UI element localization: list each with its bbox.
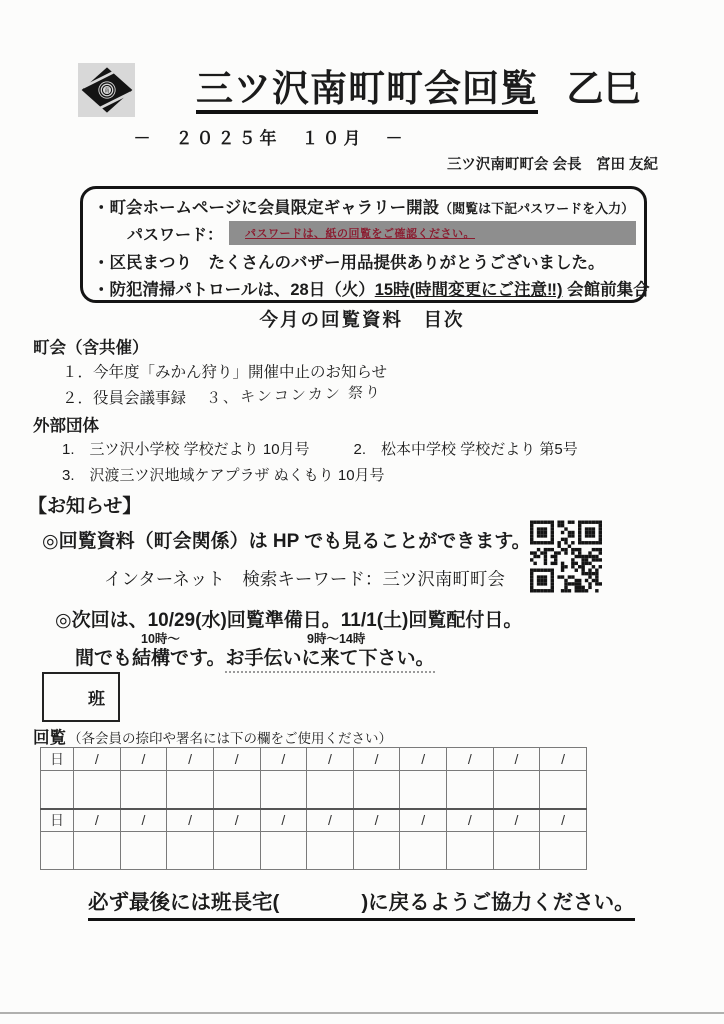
day-header-cell: 日 xyxy=(41,809,74,832)
slash-cell: / xyxy=(540,748,587,771)
signature-cell xyxy=(353,771,400,809)
signature-cell xyxy=(307,771,354,809)
password-label: パスワード： xyxy=(127,222,223,245)
slash-cell: / xyxy=(400,748,447,771)
signature-cell xyxy=(167,771,214,809)
hp-announcement-line: ◎回覧資料（町会関係）は HP でも見ることができます。 xyxy=(42,526,531,553)
toc-group2-title: 外部団体 xyxy=(33,412,99,436)
slash-cell: / xyxy=(260,748,307,771)
slash-cell: / xyxy=(74,809,121,832)
day-header-cell: 日 xyxy=(41,748,74,771)
signature-cell xyxy=(307,832,354,870)
signature-cell xyxy=(400,832,447,870)
qr-code-pattern xyxy=(530,520,602,593)
slash-cell: / xyxy=(260,809,307,832)
issue-date: － ２０２５年 １０月 － xyxy=(0,124,540,149)
qr-code xyxy=(530,520,602,593)
toc-item-mikan: １．今年度「みかん狩り」開催中止のお知らせ xyxy=(62,360,387,382)
password-row: パスワード： パスワードは、紙の回覧をご確認ください。 xyxy=(127,221,636,245)
notice-gallery-line: ・町会ホームページに会員限定ギャラリー開設（閲覧は下記パスワードを入力） xyxy=(93,194,636,218)
signature-cell xyxy=(213,832,260,870)
slash-cell: / xyxy=(447,748,494,771)
slash-cell: / xyxy=(167,809,214,832)
page-title: 三ツ沢南町町会回覧 xyxy=(196,68,538,114)
era-year-label: 乙巳 xyxy=(566,68,640,109)
toc-heading: 今月の回覧資料 目次 xyxy=(0,306,724,332)
toc-item-elementary: 1. 三ツ沢小学校 学校だより 10月号 xyxy=(62,441,310,458)
signature-cell xyxy=(74,832,121,870)
toc-item-minutes: ２．役員会議事録 xyxy=(62,386,186,408)
help-underlined: お手伝いに来て下さい。 xyxy=(225,648,434,673)
diamond-emblem-icon: 南 xyxy=(80,65,134,115)
signature-cell xyxy=(41,771,74,809)
signature-cell xyxy=(540,832,587,870)
notice-patrol-line: ・防犯清掃パトロールは、28日（火）15時(時間変更にご注意‼) 会館前集合 xyxy=(93,276,636,300)
slash-cell: / xyxy=(74,748,121,771)
slash-cell: / xyxy=(493,748,540,771)
slash-cell: / xyxy=(307,809,354,832)
kairan-table-body: 日///////////日/////////// xyxy=(41,748,587,870)
document-title-row: 三ツ沢南町町会回覧 乙巳 xyxy=(196,58,640,112)
slash-cell: / xyxy=(540,809,587,832)
password-redacted-text: パスワードは、紙の回覧をご確認ください。 xyxy=(229,225,475,241)
notice-box: ・町会ホームページに会員限定ギャラリー開設（閲覧は下記パスワードを入力） パスワ… xyxy=(80,186,647,303)
signature-cell xyxy=(260,771,307,809)
patrol-time-underlined: 15時(時間変更にご注意‼) xyxy=(375,281,563,299)
slash-cell: / xyxy=(213,748,260,771)
toc-item-junior-high: 2. 松本中学校 学校だより 第5号 xyxy=(354,441,578,458)
slash-cell: / xyxy=(447,809,494,832)
announcements-heading: 【お知らせ】 xyxy=(28,491,141,518)
signature-cell xyxy=(120,832,167,870)
signature-cell xyxy=(120,771,167,809)
kairan-table: 日///////////日/////////// xyxy=(40,747,587,870)
han-group-box: 班 xyxy=(42,672,120,722)
association-emblem-logo: 南 xyxy=(78,63,135,117)
kairan-label: 回覧 xyxy=(33,729,66,747)
slash-cell: / xyxy=(120,748,167,771)
toc-group1-title: 町会（含共催） xyxy=(33,334,149,358)
search-keyword-line: インターネット 検索キーワード：三ツ沢南町町会 xyxy=(104,566,505,591)
signature-cell xyxy=(447,771,494,809)
signature-cell xyxy=(213,771,260,809)
kairan-note: （各会員の捺印や署名には下の欄をご使用ください） xyxy=(68,731,392,746)
slash-cell: / xyxy=(400,809,447,832)
toc-item-care-plaza: 3. 沢渡三ツ沢地域ケアプラザ ぬくもり 10月号 xyxy=(62,464,385,485)
slash-cell: / xyxy=(353,809,400,832)
slash-cell: / xyxy=(493,809,540,832)
chairman-name-line: 三ツ沢南町町会 会長 宮田 友紀 xyxy=(447,153,658,174)
password-redacted-bar: パスワードは、紙の回覧をご確認ください。 xyxy=(229,221,636,245)
slash-cell: / xyxy=(167,748,214,771)
han-label: 班 xyxy=(88,685,105,710)
scan-edge-line xyxy=(0,1012,724,1014)
signature-cell xyxy=(353,832,400,870)
notice-bazaar-line: ・区民まつり たくさんのバザー用品提供ありがとうございました。 xyxy=(93,249,636,273)
slash-cell: / xyxy=(307,748,354,771)
signature-cell xyxy=(74,771,121,809)
signature-cell xyxy=(400,771,447,809)
help-request-line: 間でも結構です。お手伝いに来て下さい。 xyxy=(75,643,435,670)
signature-cell xyxy=(260,832,307,870)
return-to-leader-note: 必ず最後には班長宅( )に戻るようご協力ください。 xyxy=(88,885,635,921)
toc-external-row1: 1. 三ツ沢小学校 学校だより 10月号2. 松本中学校 学校だより 第5号 xyxy=(62,438,578,459)
slash-cell: / xyxy=(120,809,167,832)
slash-cell: / xyxy=(353,748,400,771)
signature-cell xyxy=(167,832,214,870)
signature-cell xyxy=(447,832,494,870)
signature-cell xyxy=(540,771,587,809)
next-schedule-line: ◎次回は、10/29(水)回覧準備日。11/1(土)回覧配付日。 xyxy=(55,605,522,632)
signature-cell xyxy=(493,771,540,809)
signature-cell xyxy=(41,832,74,870)
handwritten-note: ３、キンコンカン 祭り xyxy=(206,381,383,408)
slash-cell: / xyxy=(213,809,260,832)
kairan-caption: 回覧（各会員の捺印や署名には下の欄をご使用ください） xyxy=(33,724,392,748)
signature-cell xyxy=(493,832,540,870)
